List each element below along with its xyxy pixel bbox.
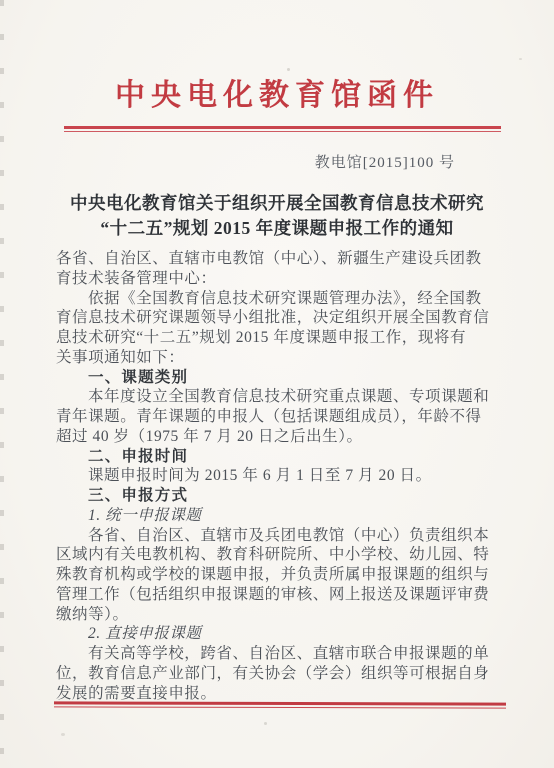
body-line: 育信息技术研究课题领导小组批准，决定组织开展全国教育信 <box>56 308 502 328</box>
body-line: 三、申报方式 <box>56 486 502 506</box>
body-line: 青年课题。青年课题的申报人（包括课题组成员），年龄不得 <box>56 407 502 427</box>
scan-speck <box>519 58 522 60</box>
scan-speck <box>264 722 267 725</box>
body-line: 位，教育信息产业部门，有关协会（学会）组织等可根据自身 <box>56 664 502 684</box>
body-line: 关事项通知如下： <box>56 348 502 368</box>
body-line: 超过 40 岁（1975 年 7 月 20 日之后出生）。 <box>56 427 502 447</box>
body-line: 息技术研究“十二五”规划 2015 年度课题申报工作，现将有 <box>56 328 502 348</box>
body-line: 区域内有关电教机构、教育科研院所、中小学校、幼儿园、特 <box>56 545 502 565</box>
letterhead-divider-rule <box>64 126 501 132</box>
scan-speck <box>61 733 65 736</box>
document-number: 教电馆[2015]100 号 <box>0 151 455 172</box>
document-title-line1: 中央电化教育馆关于组织开展全国教育信息技术研究 <box>0 191 554 216</box>
scanned-document-page: 中央电化教育馆函件 教电馆[2015]100 号 中央电化教育馆关于组织开展全国… <box>0 0 554 768</box>
body-line: 殊教育机构或学校的课题申报，并负责所属申报课题的组织与 <box>56 565 502 585</box>
body-line: 1. 统一申报课题 <box>56 506 502 526</box>
body-line: 发展的需要直接申报。 <box>56 684 502 704</box>
body-line: 有关高等学校，跨省、自治区、直辖市联合申报课题的单 <box>56 644 502 664</box>
body-line: 育技术装备管理中心： <box>56 269 502 289</box>
document-body: 各省、自治区、直辖市电教馆（中心）、新疆生产建设兵团教育技术装备管理中心：依据《… <box>56 249 502 703</box>
body-line: 一、课题类别 <box>56 368 502 388</box>
document-title-line2: “十二五”规划 2015 年度课题申报工作的通知 <box>0 216 554 241</box>
scan-speck <box>287 68 290 71</box>
body-line: 二、申报时间 <box>56 447 502 467</box>
body-line: 各省、自治区、直辖市电教馆（中心）、新疆生产建设兵团教 <box>56 249 502 269</box>
body-line: 各省、自治区、直辖市及兵团电教馆（中心）负责组织本 <box>56 526 502 546</box>
body-line: 课题申报时间为 2015 年 6 月 1 日至 7 月 20 日。 <box>56 466 502 486</box>
document-title: 中央电化教育馆关于组织开展全国教育信息技术研究 “十二五”规划 2015 年度课… <box>0 191 554 241</box>
body-line: 依据《全国教育信息技术研究课题管理办法》，经全国教 <box>56 289 502 309</box>
letterhead-banner-title: 中央电化教育馆函件 <box>0 78 554 114</box>
body-line: 管理工作（包括组织申报课题的审核、网上报送及课题评审费 <box>56 585 502 605</box>
footer-divider-rule <box>54 701 506 708</box>
body-line: 本年度设立全国教育信息技术研究重点课题、专项课题和 <box>56 387 502 407</box>
body-line: 2. 直接申报课题 <box>56 624 502 644</box>
scan-edge-artifacts <box>0 0 4 768</box>
body-line: 缴纳等）。 <box>56 605 502 625</box>
